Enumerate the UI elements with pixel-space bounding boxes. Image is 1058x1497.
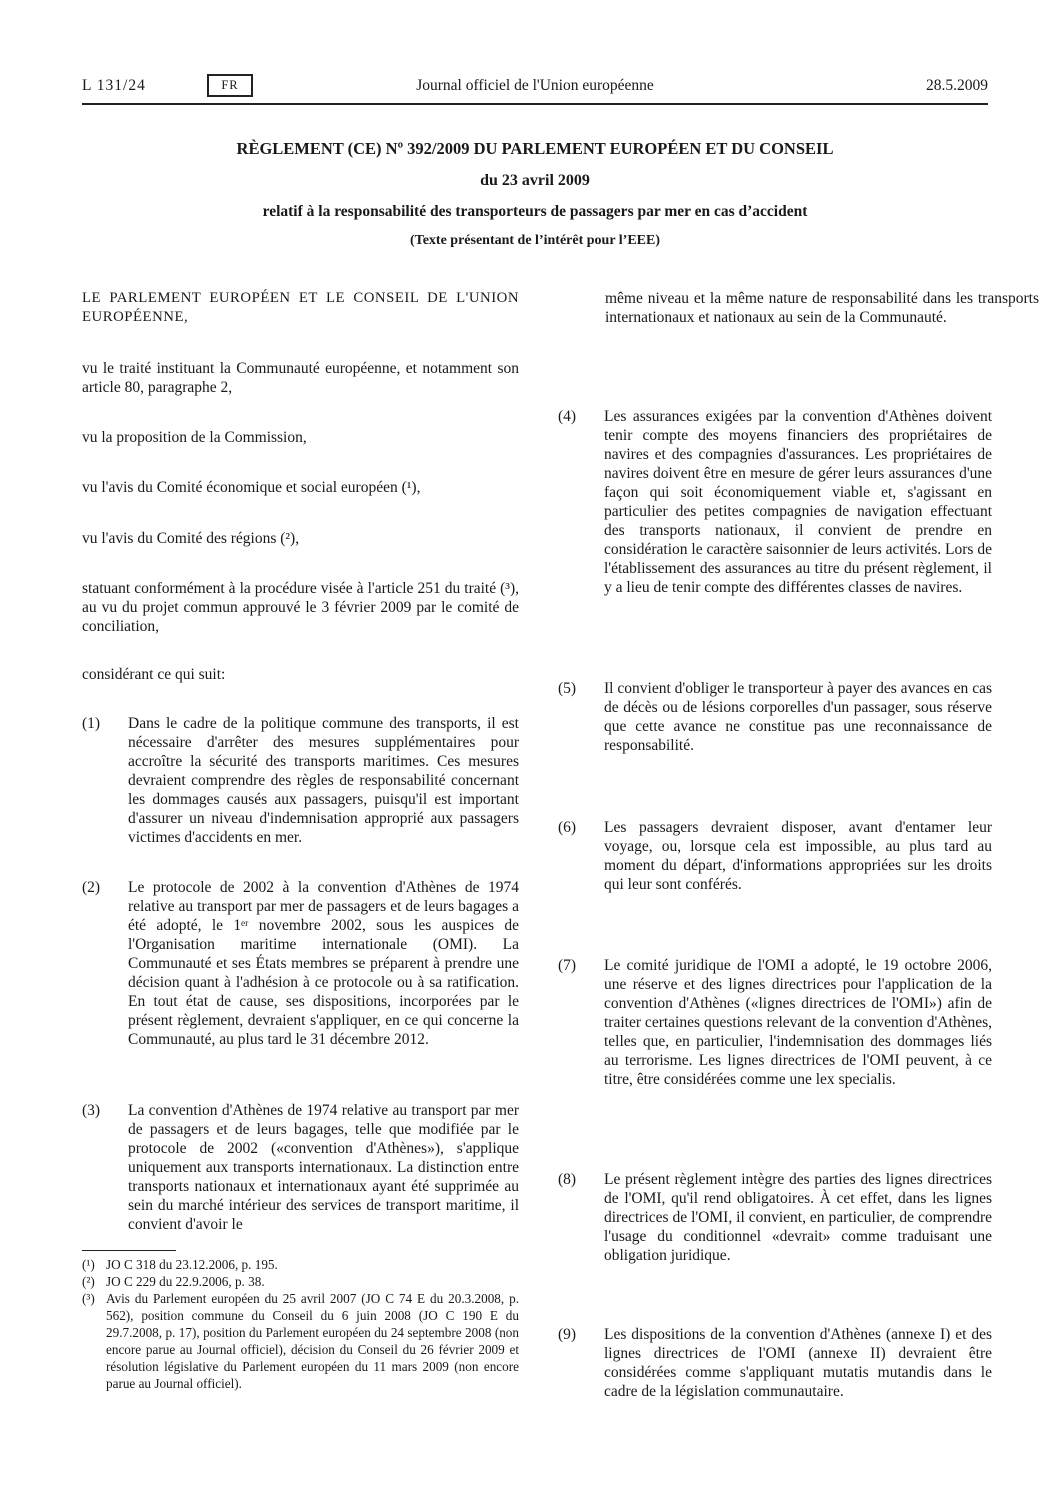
eee-relevance-note: (Texte présentant de l’intérêt pour l’EE…	[82, 233, 988, 249]
consideration-3-continuation: même niveau et la même nature de respons…	[605, 289, 1039, 327]
consideration-number: (5)	[558, 679, 604, 755]
recital-eesc-opinion: vu l'avis du Comité économique et social…	[82, 478, 519, 497]
consideration-text: La convention d'Athènes de 1974 relative…	[128, 1101, 519, 1234]
consideration-text: Le présent règlement intègre des parties…	[604, 1170, 992, 1265]
consideration-number: (4)	[558, 407, 604, 597]
consideration-number: (9)	[558, 1325, 604, 1401]
considering-lead-in: considérant ce qui suit:	[82, 665, 519, 684]
recital-proposal: vu la proposition de la Commission,	[82, 428, 519, 447]
footnote-text: JO C 229 du 22.9.2006, p. 38.	[106, 1273, 519, 1290]
consideration-text: Il convient d'obliger le transporteur à …	[604, 679, 992, 755]
consideration-number: (7)	[558, 956, 604, 1089]
consideration-text: Le protocole de 2002 à la convention d'A…	[128, 878, 519, 1049]
consideration-text: Les assurances exigées par la convention…	[604, 407, 992, 597]
journal-page: L 131/24 FR Journal officiel de l'Union …	[0, 0, 1058, 1497]
recital-procedure: statuant conformément à la procédure vis…	[82, 579, 519, 636]
footnote-3: (³) Avis du Parlement européen du 25 avr…	[82, 1290, 519, 1392]
consideration-number: (3)	[82, 1101, 128, 1234]
regulation-date: du 23 avril 2009	[82, 172, 988, 190]
consideration-6: (6) Les passagers devraient disposer, av…	[558, 818, 992, 894]
footnote-separator	[82, 1250, 176, 1251]
regulation-subject: relatif à la responsabilité des transpor…	[82, 203, 988, 221]
recital-treaty: vu le traité instituant la Communauté eu…	[82, 359, 519, 397]
regulation-title: RÈGLEMENT (CE) Nº 392/2009 DU PARLEMENT …	[82, 139, 988, 159]
footnote-number: (²)	[82, 1273, 106, 1290]
footnotes: (¹) JO C 318 du 23.12.2006, p. 195. (²) …	[82, 1256, 519, 1392]
consideration-9: (9) Les dispositions de la convention d'…	[558, 1325, 992, 1401]
footnote-number: (¹)	[82, 1256, 106, 1273]
footnote-text: JO C 318 du 23.12.2006, p. 195.	[106, 1256, 519, 1273]
footnote-2: (²) JO C 229 du 22.9.2006, p. 38.	[82, 1273, 519, 1290]
preamble-parties: LE PARLEMENT EUROPÉEN ET LE CONSEIL DE L…	[82, 289, 519, 327]
consideration-1: (1) Dans le cadre de la politique commun…	[82, 714, 519, 847]
recital-cor-opinion: vu l'avis du Comité des régions (²),	[82, 529, 519, 548]
footnote-text: Avis du Parlement européen du 25 avril 2…	[106, 1290, 519, 1392]
consideration-4: (4) Les assurances exigées par la conven…	[558, 407, 992, 597]
consideration-text: Le comité juridique de l'OMI a adopté, l…	[604, 956, 992, 1089]
consideration-number: (2)	[82, 878, 128, 1049]
footnote-1: (¹) JO C 318 du 23.12.2006, p. 195.	[82, 1256, 519, 1273]
consideration-3: (3) La convention d'Athènes de 1974 rela…	[82, 1101, 519, 1234]
header-rule	[82, 103, 988, 105]
consideration-2: (2) Le protocole de 2002 à la convention…	[82, 878, 519, 1049]
journal-date: 28.5.2009	[82, 77, 988, 95]
footnote-number: (³)	[82, 1290, 106, 1392]
consideration-number: (6)	[558, 818, 604, 894]
consideration-text: Dans le cadre de la politique commune de…	[128, 714, 519, 847]
consideration-text: Les dispositions de la convention d'Athè…	[604, 1325, 992, 1401]
consideration-7: (7) Le comité juridique de l'OMI a adopt…	[558, 956, 992, 1089]
consideration-number: (8)	[558, 1170, 604, 1265]
consideration-text: Les passagers devraient disposer, avant …	[604, 818, 992, 894]
consideration-number: (1)	[82, 714, 128, 847]
consideration-5: (5) Il convient d'obliger le transporteu…	[558, 679, 992, 755]
consideration-8: (8) Le présent règlement intègre des par…	[558, 1170, 992, 1265]
